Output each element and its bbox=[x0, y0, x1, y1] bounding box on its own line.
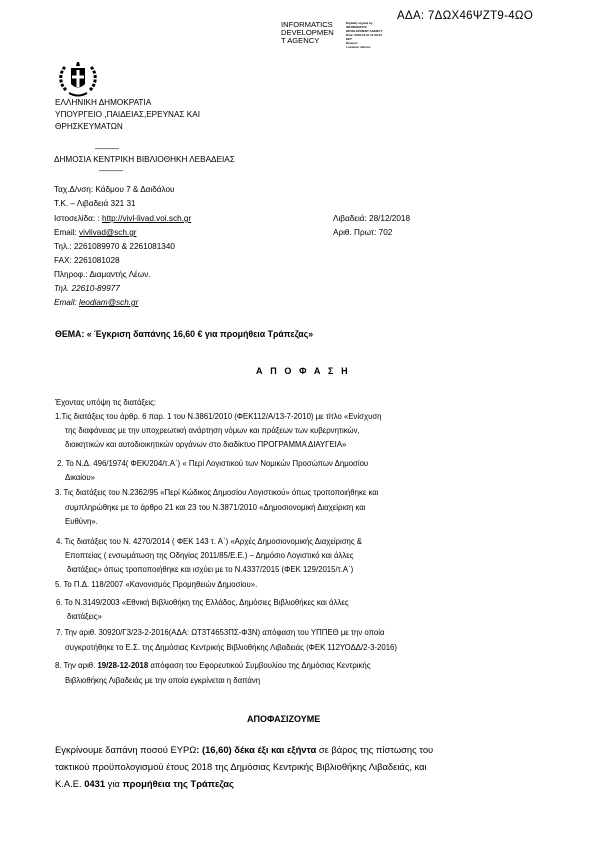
consideration-1-cont: διοικητικών και αυτοδιοικητικών οργάνων … bbox=[65, 440, 346, 449]
address: Ταχ.Δ/νση: Κάδμου 7 & Δαιδάλου bbox=[54, 185, 175, 194]
consideration-6-cont: διατάξεις» bbox=[67, 612, 102, 621]
ministry-label: ΥΠΟΥΡΓΕΙΟ ,ΠΑΙΔΕΙΑΣ,ΕΡΕΥΝΑΣ ΚΑΙ bbox=[55, 110, 200, 119]
separator: ——— bbox=[99, 166, 123, 175]
protocol-number: Αριθ. Πρωτ: 702 bbox=[333, 228, 392, 237]
decision-title: Α Π Ο Φ Α Σ Η bbox=[256, 366, 350, 376]
address-label: Ταχ.Δ/νση: bbox=[54, 185, 95, 194]
consideration-6: 6. Το Ν.3149/2003 «Εθνική Βιβλιοθήκη της… bbox=[56, 598, 349, 607]
fax: FAX: 2261081028 bbox=[54, 256, 120, 265]
email-label: Email: bbox=[54, 228, 79, 237]
separator: ——— bbox=[95, 144, 119, 153]
ada-code: ΑΔΑ: 7ΔΩΧ46ΨΖΤ9-4ΩΟ bbox=[397, 10, 533, 22]
phone-direct: Τηλ. 22610-89977 bbox=[54, 284, 120, 293]
consideration-3: 3. Τις διατάξεις του Ν.2362/95 «Περί Κώδ… bbox=[55, 488, 379, 497]
purchase-item: προμήθεια της Τράπεζας bbox=[122, 778, 233, 789]
kae-code: 0431 bbox=[84, 778, 105, 789]
place-date: Λιβαδειά: 28/12/2018 bbox=[333, 214, 410, 223]
consideration-4-cont: Εποπτείας ( ενσωμάτωση της Οδηγίας 2011/… bbox=[65, 551, 354, 560]
republic-label: ΕΛΛΗΝΙΚΗ ΔΗΜΟΚΡΑΤΙΑ bbox=[55, 98, 151, 107]
signing-agency: INFORMATICS DEVELOPMEN T AGENCY bbox=[281, 21, 334, 45]
consideration-3-cont: Ευθύνη». bbox=[65, 517, 98, 526]
consideration-2-cont: Δικαίου» bbox=[65, 473, 95, 482]
postal-code: Τ.Κ. – Λιβαδειά 321 31 bbox=[54, 199, 136, 208]
consideration-8: 8. Την αριθ. 19/28-12-2018 απόφαση του Ε… bbox=[55, 661, 371, 670]
resolution-line-2: τακτικού προϋπολογισμού έτους 2018 της Δ… bbox=[55, 761, 427, 772]
resolution-text: σε βάρος της πίστωσης του bbox=[316, 744, 433, 755]
consideration-3-cont: συμπληρώθηκε με το άρθρο 21 και 23 του Ν… bbox=[65, 503, 365, 512]
info-contact: Πληροφ.: Διαμαντής Λέων. bbox=[54, 270, 150, 279]
consideration-2: 2. Το Ν.Δ. 496/1974( ΦΕΚ/204/τ.Α΄) « Περ… bbox=[57, 459, 368, 468]
decision-number: 19/28-12-2018 bbox=[97, 661, 148, 670]
consideration-1: 1.Τις διατάξεις του άρθρ. 6 παρ. 1 του Ν… bbox=[55, 412, 381, 421]
consideration-4-cont: διατάξεις» όπως τροποποιήθηκε και ισχύει… bbox=[67, 565, 353, 574]
ministry-label-cont: ΘΡΗΣΚΕΥΜΑΤΩΝ bbox=[55, 122, 123, 131]
resolve-title: ΑΠΟΦΑΣΙΖΟΥΜΕ bbox=[247, 714, 320, 724]
website-link[interactable]: http://vivl-livad.voi.sch.gr bbox=[102, 214, 191, 223]
stamp-line: Location: Athens bbox=[346, 45, 382, 49]
consideration-1-cont: της διαφάνειας με την υποχρεωτική ανάρτη… bbox=[65, 426, 360, 435]
consideration-7: 7. Την αριθ. 30920/Γ3/23-2-2016(ΑΔΑ: ΩΤ3… bbox=[56, 628, 385, 637]
subject-line: ΘΕΜΑ: « Έγκριση δαπάνης 16,60 € για προμ… bbox=[55, 329, 313, 339]
digital-signature-stamp: Digitally signed by INFORMATICS DEVELOPM… bbox=[346, 21, 382, 49]
consideration-5: 5. Το Π.Δ. 118/2007 «Κανονισμός Προμηθει… bbox=[55, 580, 257, 589]
kae-label: Κ.Α.Ε. bbox=[55, 778, 84, 789]
website-label: Ιστοσελίδα: : bbox=[54, 214, 102, 223]
library-name: ΔΗΜΟΣΙΑ ΚΕΝΤΡΙΚΗ ΒΙΒΛΙΟΘΗΚΗ ΛΕΒΑΔΕΙΑΣ bbox=[54, 155, 235, 164]
website-row: Ιστοσελίδα: : http://vivl-livad.voi.sch.… bbox=[54, 214, 191, 223]
email2-link[interactable]: leodiam@sch.gr bbox=[79, 298, 138, 307]
resolution-line-1: Εγκρίνουμε δαπάνη ποσού ΕΥΡΩ: (16,60) δέ… bbox=[55, 744, 433, 755]
address-value: Κάδμου 7 & Δαιδάλου bbox=[95, 185, 174, 194]
consideration-8-cont: Βιβλιοθήκης Λιβαδειάς με την οποία εγκρί… bbox=[65, 676, 260, 685]
info-value: Διαμαντής Λέων. bbox=[89, 270, 150, 279]
resolution-text: Εγκρίνουμε δαπάνη ποσού ΕΥΡΩ bbox=[55, 744, 196, 755]
email-row: Email: vivlivad@sch.gr bbox=[54, 228, 136, 237]
info-label: Πληροφ.: bbox=[54, 270, 89, 279]
resolution-line-3: Κ.Α.Ε. 0431 για προμήθεια της Τράπεζας bbox=[55, 778, 234, 789]
agency-line: T AGENCY bbox=[281, 37, 334, 45]
resolution-text: για bbox=[105, 778, 122, 789]
email-link[interactable]: vivlivad@sch.gr bbox=[79, 228, 136, 237]
amount-words: : (16,60) δέκα έξι και εξήντα bbox=[196, 744, 316, 755]
consideration-8-pre: 8. Την αριθ. bbox=[55, 661, 97, 670]
greek-coat-of-arms-icon bbox=[57, 60, 99, 98]
consideration-8-post: απόφαση του Εφορευτικού Συμβουλίου της Δ… bbox=[148, 661, 370, 670]
email2-row: Email: leodiam@sch.gr bbox=[54, 298, 138, 307]
email2-label: Email: bbox=[54, 298, 79, 307]
intro-text: Έχοντας υπόψη τις διατάξεις: bbox=[55, 398, 156, 407]
consideration-4: 4. Τις διατάξεις του Ν. 4270/2014 ( ΦΕΚ … bbox=[56, 537, 362, 546]
consideration-7-cont: συγκροτήθηκε το Ε.Σ. της Δημόσιας Κεντρι… bbox=[65, 643, 397, 652]
phone: Τηλ.: 2261089970 & 2261081340 bbox=[54, 242, 175, 251]
